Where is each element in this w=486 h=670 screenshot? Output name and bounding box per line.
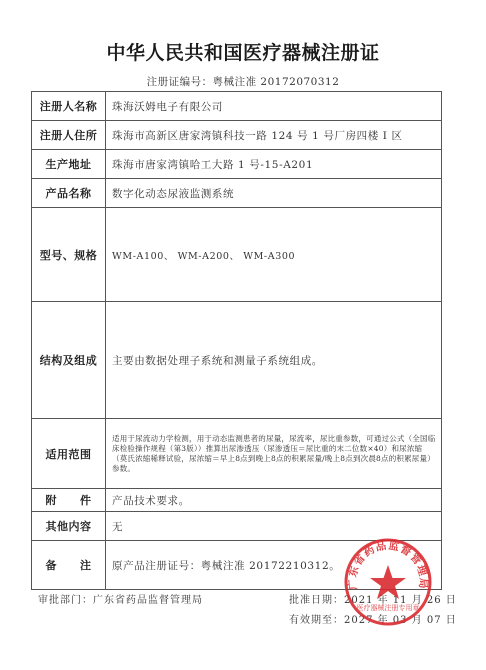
row-label: 适用范围 [32, 419, 106, 489]
approval-department: 广东省药品监督管理局 [93, 595, 203, 606]
registration-number: 粤械注准 20172070312 [213, 76, 340, 88]
row-value: WM-A100、 WM-A200、 WM-A300 [106, 208, 442, 302]
certificate-table: 注册人名称 珠海沃姆电子有限公司 注册人住所 珠海市高新区唐家湾镇科技一路 12… [31, 91, 442, 590]
row-value: 主要由数据处理子系统和测量子系统组成。 [106, 302, 442, 419]
approval-department-line: 审批部门：广东省药品监督管理局 [38, 591, 203, 606]
valid-until-label: 有效期至： [289, 615, 344, 626]
row-label: 附 件 [32, 489, 106, 512]
approval-date-label: 批准日期： [289, 595, 344, 606]
row-value: 珠海市高新区唐家湾镇科技一路 124 号 1 号厂房四楼 I 区 [106, 121, 442, 150]
row-label: 生产地址 [32, 150, 106, 179]
table-row-registrant-name: 注册人名称 珠海沃姆电子有限公司 [32, 92, 442, 121]
stamp-inner-text: 医疗器械注册专用章 [357, 603, 420, 612]
registration-number-line: 注册证编号：粤械注准 20172070312 [0, 74, 486, 89]
row-label: 注册人名称 [32, 92, 106, 121]
row-value: 数字化动态尿液监测系统 [106, 179, 442, 208]
approval-department-label: 审批部门： [38, 595, 93, 606]
table-row-product-name: 产品名称 数字化动态尿液监测系统 [32, 179, 442, 208]
row-value: 珠海市唐家湾镇哈工大路 1 号-15-A201 [106, 150, 442, 179]
row-label: 注册人住所 [32, 121, 106, 150]
row-value: 产品技术要求。 [106, 489, 442, 512]
table-row-registrant-address: 注册人住所 珠海市高新区唐家湾镇科技一路 124 号 1 号厂房四楼 I 区 [32, 121, 442, 150]
row-label: 型号、规格 [32, 208, 106, 302]
table-row-structure: 结构及组成 主要由数据处理子系统和测量子系统组成。 [32, 302, 442, 419]
registration-number-label: 注册证编号： [147, 76, 213, 88]
row-label: 其他内容 [32, 512, 106, 541]
row-value: 珠海沃姆电子有限公司 [106, 92, 442, 121]
row-label: 产品名称 [32, 179, 106, 208]
row-label: 备 注 [32, 541, 106, 590]
table-row-production-address: 生产地址 珠海市唐家湾镇哈工大路 1 号-15-A201 [32, 150, 442, 179]
table-row-model-spec: 型号、规格 WM-A100、 WM-A200、 WM-A300 [32, 208, 442, 302]
row-value: 适用于尿流动力学检测，用于动态监测患者的尿量，尿流率，尿比重参数，可通过公式（全… [106, 419, 442, 489]
table-row-attachment: 附 件 产品技术要求。 [32, 489, 442, 512]
certificate-title: 中华人民共和国医疗器械注册证 [0, 38, 486, 65]
row-label: 结构及组成 [32, 302, 106, 419]
table-row-scope: 适用范围 适用于尿流动力学检测，用于动态监测患者的尿量，尿流率，尿比重参数，可通… [32, 419, 442, 489]
official-seal-icon: 广东省药品监督管理局 医疗器械注册专用章 [343, 537, 433, 627]
